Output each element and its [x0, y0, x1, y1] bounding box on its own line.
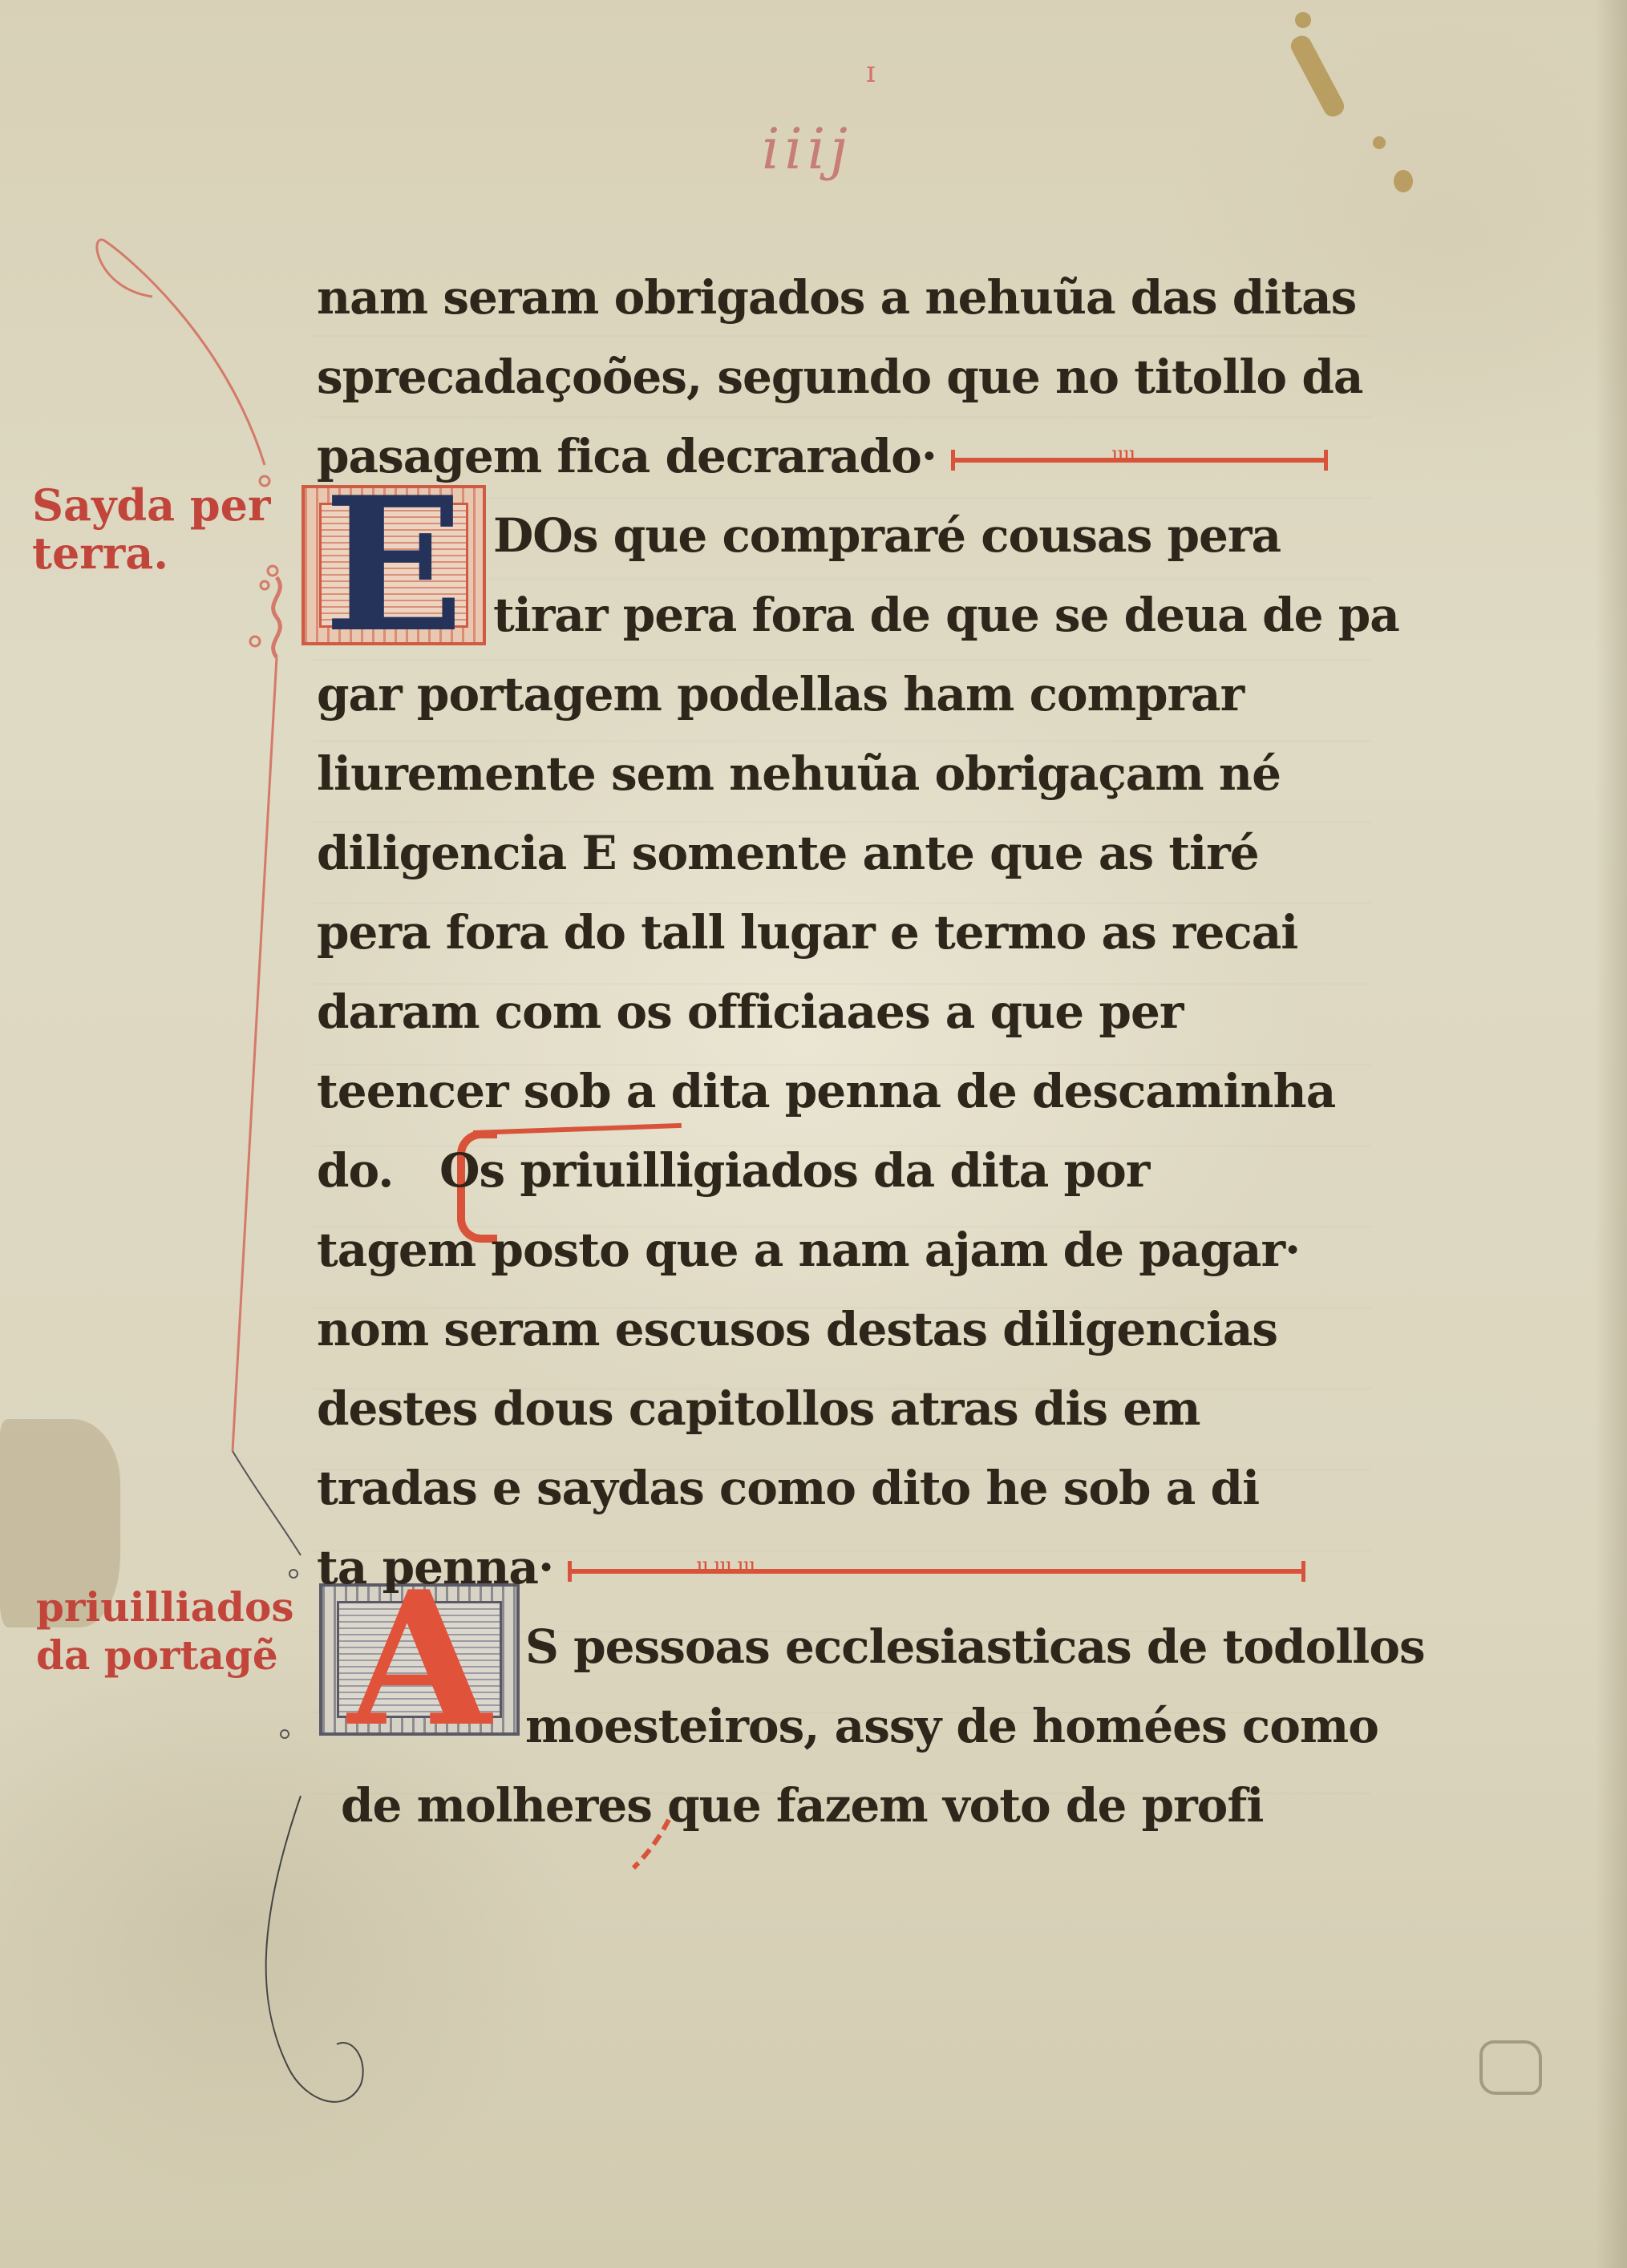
text-line: nom seram escusos destas diligencias	[317, 1290, 1439, 1369]
ink-drip-stain	[1295, 12, 1311, 28]
text-line: tradas e saydas como dito he sob a di	[317, 1449, 1439, 1528]
text-line: de molheres que fazem voto de profi	[317, 1766, 1439, 1846]
rubric-line: da portagẽ	[36, 1631, 293, 1680]
text-line: tirar pera fora de que se deua de pa	[317, 576, 1439, 655]
rubric-line: priuilliados	[36, 1583, 293, 1631]
line-text: teencer sob a dita penna de descaminha	[317, 1064, 1335, 1118]
folio-number: iiij	[762, 116, 852, 182]
text-line: sprecadaçoões, segundo que no titollo da	[317, 338, 1439, 417]
line-text: de molheres que fazem voto de profi	[341, 1778, 1263, 1833]
red-line-filler: ıııı	[951, 458, 1328, 463]
text-line: destes dous capitollos atras dis em	[317, 1369, 1439, 1449]
line-text: do. Os priuilligiados da dita por	[317, 1143, 1149, 1198]
line-text: gar portagem podellas ham comprar	[317, 667, 1244, 722]
text-line: tagem posto que a nam ajam de pagar·	[317, 1211, 1439, 1290]
line-text: ta penna·	[317, 1540, 553, 1595]
line-text: destes dous capitollos atras dis em	[317, 1381, 1200, 1436]
rubric-line: terra.	[32, 529, 270, 577]
red-line-filler: ıı ııı ııı	[568, 1569, 1305, 1574]
catchword-mark	[1479, 2040, 1542, 2095]
text-line: do. Os priuilligiados da dita por	[317, 1131, 1439, 1211]
text-line: diligencia E somente ante que as tiré	[317, 814, 1439, 893]
filler-ornament: ıı ııı ııı	[696, 1558, 755, 1574]
text-line: nam seram obrigados a nehuũa das ditas	[317, 258, 1439, 338]
line-text: nom seram escusos destas diligencias	[317, 1302, 1277, 1356]
line-text: nam seram obrigados a nehuũa das ditas	[317, 270, 1356, 325]
rubric-priuilliados: priuilliados da portagẽ	[36, 1583, 293, 1680]
text-line: pasagem fica decrarado·ıııı	[317, 417, 1439, 496]
page-edge-shadow	[1595, 0, 1627, 2268]
line-text: daram com os officiaaes a que per	[317, 984, 1183, 1039]
text-line: liuremente sem nehuũa obrigaçam né	[317, 734, 1439, 814]
text-line: ta penna·ıı ııı ııı	[317, 1528, 1439, 1607]
line-text: tradas e saydas como dito he sob a di	[317, 1461, 1259, 1515]
line-text: pasagem fica decrarado·	[317, 429, 937, 483]
line-text: tagem posto que a nam ajam de pagar·	[317, 1223, 1300, 1277]
text-line: pera fora do tall lugar e termo as recai	[317, 893, 1439, 972]
line-text: pera fora do tall lugar e termo as recai	[317, 905, 1297, 960]
folio-mark: ɪ	[866, 56, 876, 89]
text-line: daram com os officiaaes a que per	[317, 972, 1439, 1052]
text-line: gar portagem podellas ham comprar	[317, 655, 1439, 734]
rubric-sayda-per-terra: Sayda per terra.	[32, 481, 270, 577]
ink-drip-stain	[1394, 170, 1413, 192]
text-line: S pessoas ecclesiasticas de todollos	[317, 1607, 1439, 1687]
text-line: DOs que compraré cousas pera	[317, 496, 1439, 576]
line-text: diligencia E somente ante que as tiré	[317, 826, 1259, 880]
line-text: tirar pera fora de que se deua de pa	[493, 588, 1399, 642]
line-text: moesteiros, assy de homées como	[525, 1699, 1378, 1753]
text-line: moesteiros, assy de homées como	[317, 1687, 1439, 1766]
filler-ornament: ıııı	[1111, 447, 1135, 463]
line-text: DOs que compraré cousas pera	[493, 508, 1281, 563]
line-text: S pessoas ecclesiasticas de todollos	[525, 1619, 1425, 1674]
line-text: liuremente sem nehuũa obrigaçam né	[317, 746, 1281, 801]
rubric-line: Sayda per	[32, 481, 270, 529]
manuscript-text: nam seram obrigados a nehuũa das ditas s…	[317, 258, 1439, 1846]
line-text: sprecadaçoões, segundo que no titollo da	[317, 350, 1362, 404]
ink-drip-stain	[1373, 136, 1386, 149]
text-line: teencer sob a dita penna de descaminha	[317, 1052, 1439, 1131]
